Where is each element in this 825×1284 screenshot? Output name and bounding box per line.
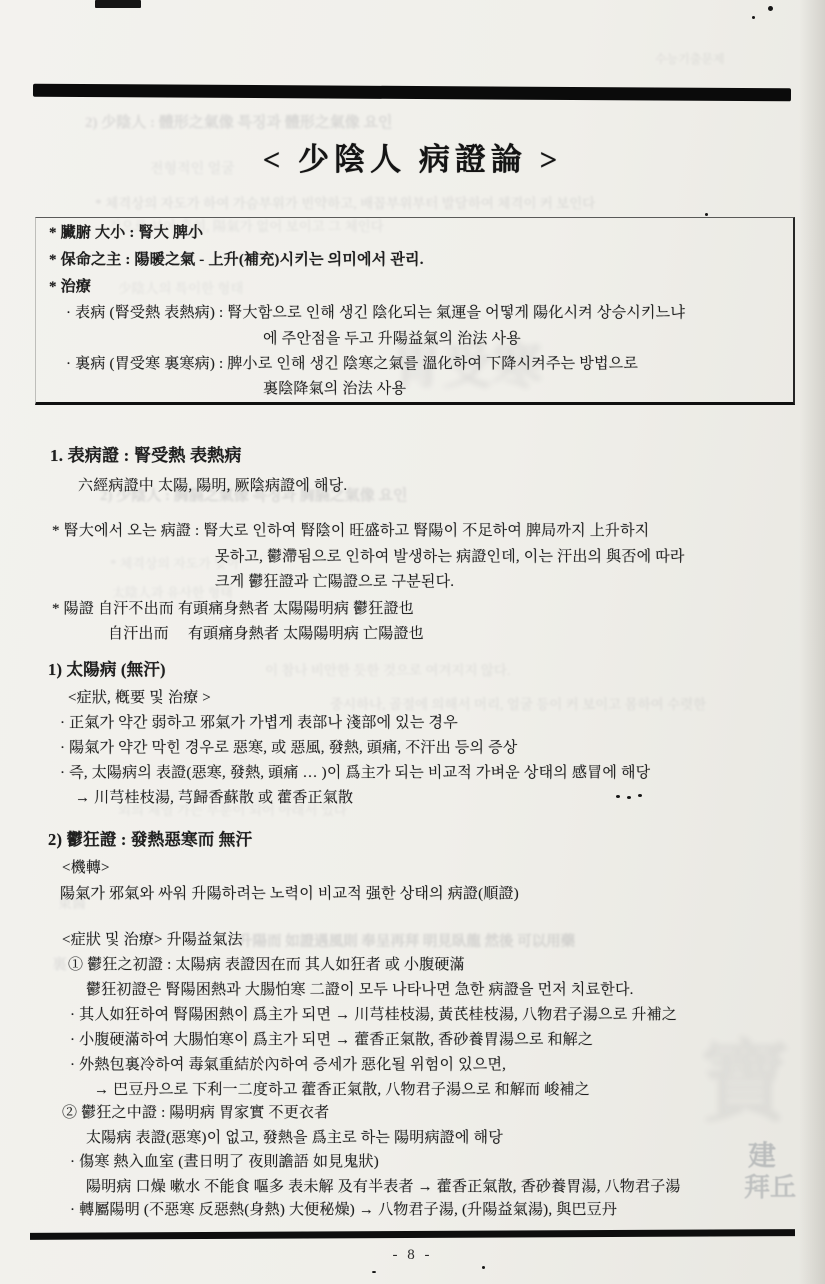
ghost-bleed-text: 중시하나, 골절에 의해서 머리, 얼굴 등이 커 보이고 몸하여 수렷한 <box>330 697 706 713</box>
body-line: <症狀 및 治療> 升陽益氣法 <box>62 932 243 949</box>
body-line: 自汗出而 有頭痛身熱者 太陽陽明病 亡陽證也 <box>108 626 424 643</box>
page-number: - 8 - <box>0 1247 825 1264</box>
ghost-stamp: 建 <box>748 1140 776 1174</box>
body-line: 太陽病 表證(惡寒)이 없고, 發熱을 爲主로 하는 陽明病證에 해당 <box>86 1130 503 1147</box>
body-line: · 其人如狂하여 腎陽困熱이 爲主가 되면 → 川芎桂枝湯, 黃芪桂枝湯, 八物… <box>70 1007 677 1024</box>
body-line: * 腎大에서 오는 病證 : 腎大로 인하여 腎陰이 旺盛하고 腎陽이 不足하여… <box>52 523 650 540</box>
ghost-stamp: 拜丘 <box>744 1172 796 1203</box>
body-line: · 즉, 太陽病의 表證(惡寒, 發熱, 頭痛 … )이 爲主가 되는 비교적 … <box>60 765 650 782</box>
scan-speck <box>616 795 620 798</box>
body-line: · 陽氣가 약간 막힌 경우로 惡寒, 或 惡風, 發熱, 頭痛, 不汗出 등의… <box>60 740 517 757</box>
body-line: 陽氣가 邪氣와 싸워 升陽하려는 노력이 비교적 强한 상태의 病證(順證) <box>60 886 519 903</box>
body-line: 크게 鬱狂證과 亡陽證으로 구분된다. <box>215 574 454 591</box>
scan-speck <box>752 16 755 19</box>
body-line: 陽明病 口燥 嗽水 不能食 嘔多 表未解 及有半表者 → 藿香正氣散, 香砂養胃… <box>86 1179 681 1196</box>
summary-box: * 臟腑 大小 : 腎大 脾小 * 保命之主 : 陽暖之氣 - 上升(補充)시키… <box>35 217 795 405</box>
ghost-bleed-text: 裏 <box>52 956 67 974</box>
section-heading: 1. 表病證 : 腎受熱 表熱病 <box>50 446 242 466</box>
scanned-document-page: 수능기출문제 2) 少陰人 : 體形之氣像 특징과 體形之氣像 요인 전형적인 … <box>0 0 825 1284</box>
body-line: * 陽證 自汗不出而 有頭痛身熱者 太陽陽明病 鬱狂證也 <box>52 601 414 618</box>
body-line: · 正氣가 약간 弱하고 邪氣가 가볍게 表部나 淺部에 있는 경우 <box>60 715 458 732</box>
ghost-bleed-text: 이 참나 비안한 듯한 것으로 여겨지지 않다. <box>265 663 510 679</box>
scan-speck <box>627 796 631 799</box>
body-line: · 外熱包裏冷하여 毒氣重結於內하여 증세가 惡化될 위험이 있으면, <box>70 1057 506 1074</box>
body-line: → 巴豆丹으로 下利一二度하고 藿香正氣散, 八物君子湯으로 和解而 峻補之 <box>94 1082 590 1099</box>
scan-mark <box>95 0 141 8</box>
body-line: · 傷寒 熱入血室 (晝日明了 夜則譫語 如見鬼狀) <box>70 1154 379 1171</box>
scan-speck <box>638 794 642 797</box>
body-line: <機轉> <box>62 860 110 877</box>
bottom-divider-bar <box>30 1229 795 1240</box>
body-line: 鬱狂初證은 腎陽困熱과 大腸怕寒 二證이 모두 나타나면 急한 病證을 먼저 치… <box>86 982 634 999</box>
page-title: < 少陰人 病證論 > <box>0 134 825 179</box>
scan-speck <box>482 1266 485 1269</box>
summary-line: · 表病 (腎受熱 表熱病) : 腎大함으로 인해 생긴 陰化되는 氣運을 어떻… <box>66 305 685 322</box>
body-line: ① 鬱狂之初證 : 太陽病 表證因在而 其人如狂者 或 小腹硬滿 <box>68 957 465 974</box>
scan-speck <box>705 213 708 216</box>
ghost-bleed-text: 2) 少陰人 : 體形之氣像 특징과 體形之氣像 요인 <box>85 114 392 132</box>
ghost-bleed-text: * 체격상의 자도가 하여 가슴부위가 빈약하고, 배꼽부위부터 발달하여 체격… <box>95 196 595 212</box>
subsection-heading: 2) 鬱狂證 : 發熱惡寒而 無汗 <box>48 831 252 850</box>
ghost-bleed-text: 升陽而 如證遇風則 奉呈再拜 明見臥龍 然後 可以用藥 <box>238 934 575 951</box>
summary-line: 裏陰降氣의 治法 사용 <box>263 381 406 398</box>
scan-speck <box>372 1271 376 1273</box>
body-line: · 小腹硬滿하여 大腸怕寒이 爲主가 되면 → 藿香正氣散, 香砂養胃湯으로 和… <box>70 1032 593 1049</box>
body-line: <症狀, 槪要 및 治療 > <box>68 690 211 707</box>
ghost-bleed-text: 수능기출문제 <box>655 52 725 66</box>
subsection-heading: 1) 太陽病 (無汗) <box>48 661 166 680</box>
body-line: 못하고, 鬱滯됨으로 인하여 발생하는 病證인데, 이는 汗出의 與否에 따라 <box>215 549 685 566</box>
summary-line: 에 주안점을 두고 升陽益氣의 治法 사용 <box>263 331 521 348</box>
summary-line: * 保命之主 : 陽暖之氣 - 上升(補充)시키는 의미에서 관리. <box>49 252 424 269</box>
top-divider-bar <box>33 84 791 102</box>
summary-line: * 治療 <box>49 279 91 296</box>
ghost-ink-stain: 寶 <box>700 1030 790 1138</box>
body-line: ② 鬱狂之中證 : 陽明病 胃家實 不更衣者 <box>62 1105 329 1122</box>
summary-line: * 臟腑 大小 : 腎大 脾小 <box>49 225 203 242</box>
body-line: → 川芎桂枝湯, 芎歸香蘇散 或 藿香正氣散 <box>75 790 353 807</box>
body-line: 六經病證中 太陽, 陽明, 厥陰病證에 해당. <box>78 478 347 495</box>
summary-line: · 裏病 (胃受寒 裏寒病) : 脾小로 인해 생긴 陰寒之氣를 溫化하여 下降… <box>66 356 638 373</box>
scan-speck <box>768 6 773 11</box>
body-line: · 轉屬陽明 (不惡寒 反惡熱(身熱) 大便秘燥) → 八物君子湯, (升陽益氣… <box>70 1202 617 1219</box>
